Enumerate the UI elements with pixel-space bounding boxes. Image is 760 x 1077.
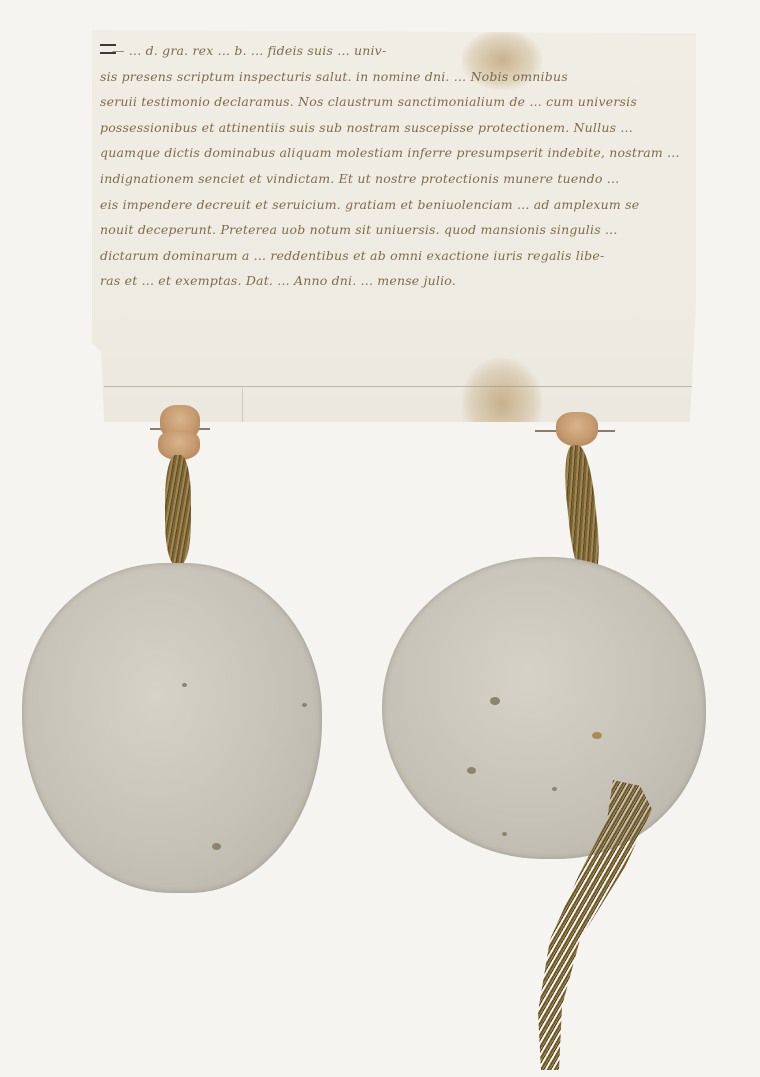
charter-line: ras et ... et exemptas. Dat. ... Anno dn… <box>100 268 697 294</box>
stain-bottom <box>462 358 542 448</box>
seal-blemish <box>212 843 221 850</box>
seal-blemish <box>467 767 476 774</box>
charter-line: quamque dictis dominabus aliquam molesti… <box>100 140 697 166</box>
fold-line <box>104 386 694 387</box>
seal-right <box>382 557 706 859</box>
charter-line: eis impendere decreuit et seruicium. gra… <box>100 192 697 218</box>
charter-line: indignationem senciet et vindictam. Et u… <box>100 166 697 192</box>
cord-knot-right <box>556 412 598 446</box>
charter-line: sis presens scriptum inspecturis salut. … <box>100 64 697 90</box>
seal-cord-left <box>165 455 191 565</box>
seal-left <box>22 563 322 893</box>
seal-blemish <box>552 787 557 791</box>
charter-line: possessionibus et attinentiis suis sub n… <box>100 115 697 141</box>
seal-blemish <box>502 832 507 836</box>
seal-blemish <box>182 683 187 687</box>
fold-crease <box>242 388 243 450</box>
charter-line: nouit deceperunt. Preterea uob notum sit… <box>100 217 697 243</box>
seal-blemish <box>592 732 602 739</box>
charter-line: — ... d. gra. rex ... b. ... fideis suis… <box>112 38 697 64</box>
charter-line: seruii testimonio declaramus. Nos claust… <box>100 89 697 115</box>
charter-text: — ... d. gra. rex ... b. ... fideis suis… <box>112 38 697 294</box>
seal-blemish <box>490 697 500 705</box>
charter-line: dictarum dominarum a ... reddentibus et … <box>100 243 697 269</box>
seal-blemish <box>302 703 307 707</box>
